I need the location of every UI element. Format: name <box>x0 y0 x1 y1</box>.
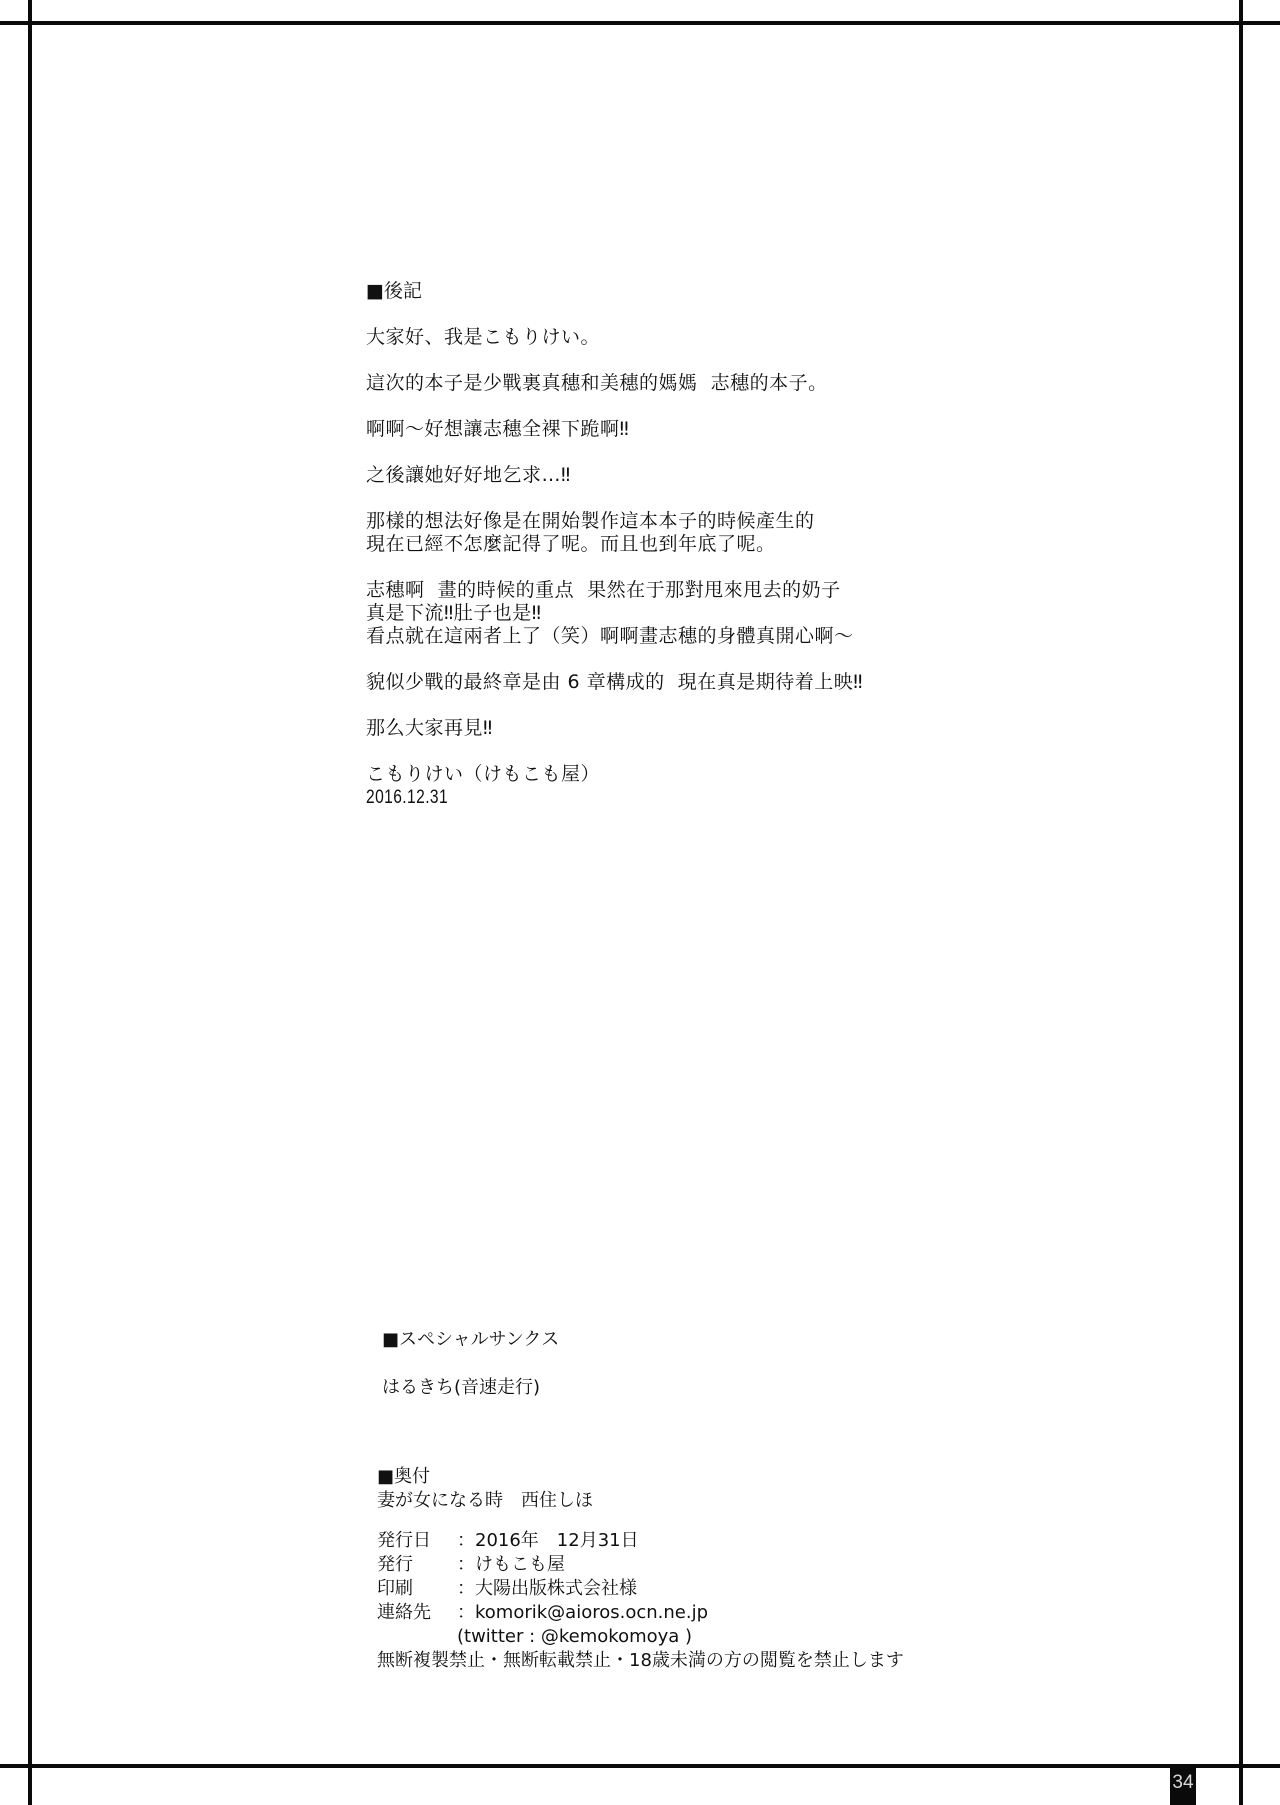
row-value: ：2016年 12月31日 <box>457 1529 639 1553</box>
colophon-section: ■奥付 妻が女になる時 西住しほ 発行日 ：2016年 12月31日 発行 ：け… <box>377 1465 904 1673</box>
afterword-line: 貌似少戰的最終章是由 6 章構成的 現在真是期待着上映‼ <box>366 671 966 694</box>
afterword-section: ■後記 大家好、我是こもりけい。 這次的本子是少戰裏真穗和美穗的媽媽 志穗的本子… <box>366 280 966 809</box>
afterword-line: 真是下流‼肚子也是‼ <box>366 602 966 625</box>
afterword-line: 這次的本子是少戰裏真穗和美穗的媽媽 志穗的本子。 <box>366 372 966 395</box>
afterword-signature: こもりけい（けもこも屋） <box>366 763 966 786</box>
afterword-line: 現在已經不怎麼記得了呢。而且也到年底了呢。 <box>366 533 966 556</box>
contact-email: ：komorik@aioros.ocn.ne.jp <box>457 1601 708 1625</box>
colophon-row-publish-date: 発行日 ：2016年 12月31日 <box>377 1529 904 1553</box>
afterword-heading: ■後記 <box>366 280 966 303</box>
row-value: ：大陽出版株式会社様 <box>457 1577 637 1601</box>
colophon-row-contact: 連絡先 ：komorik@aioros.ocn.ne.jp <box>377 1601 904 1625</box>
special-thanks-heading: ■スペシャルサンクス <box>382 1328 559 1352</box>
page-number: 34 <box>1170 1766 1196 1805</box>
copyright-notice: 無断複製禁止・無断転載禁止・18歳未満の方の閲覧を禁止します <box>377 1649 904 1673</box>
row-label: 印刷 <box>377 1577 457 1601</box>
row-label: 発行日 <box>377 1529 457 1553</box>
frame-border-right <box>1239 0 1243 1805</box>
special-thanks-name: はるきち(音速走行) <box>382 1376 559 1400</box>
afterword-line: 之後讓她好好地乞求…‼ <box>366 464 966 487</box>
colophon-row-publisher: 発行 ：けもこも屋 <box>377 1553 904 1577</box>
frame-border-left <box>28 0 32 1805</box>
twitter-handle: (twitter : @kemokomoya ) <box>377 1625 692 1649</box>
colophon-title: 妻が女になる時 西住しほ <box>377 1489 904 1513</box>
afterword-line: 那樣的想法好像是在開始製作這本本子的時候產生的 <box>366 510 966 533</box>
afterword-line: 啊啊～好想讓志穗全裸下跪啊‼ <box>366 418 966 441</box>
afterword-line: 看点就在這兩者上了（笑）啊啊畫志穗的身體真開心啊～ <box>366 625 966 648</box>
frame-border-top <box>0 21 1280 25</box>
row-value: ：けもこも屋 <box>457 1553 565 1577</box>
afterword-line: 大家好、我是こもりけい。 <box>366 326 966 349</box>
colophon-row-twitter: (twitter : @kemokomoya ) <box>377 1625 904 1649</box>
special-thanks-section: ■スペシャルサンクス はるきち(音速走行) <box>382 1328 559 1400</box>
afterword-date: 2016.12.31 <box>366 786 858 809</box>
row-label: 発行 <box>377 1553 457 1577</box>
row-label: 連絡先 <box>377 1601 457 1625</box>
afterword-line: 志穗啊 畫的時候的重点 果然在于那對甩來甩去的奶子 <box>366 579 966 602</box>
afterword-line: 那么大家再見‼ <box>366 717 966 740</box>
colophon-row-printer: 印刷 ：大陽出版株式会社様 <box>377 1577 904 1601</box>
frame-border-bottom <box>0 1764 1280 1768</box>
colophon-heading: ■奥付 <box>377 1465 904 1489</box>
